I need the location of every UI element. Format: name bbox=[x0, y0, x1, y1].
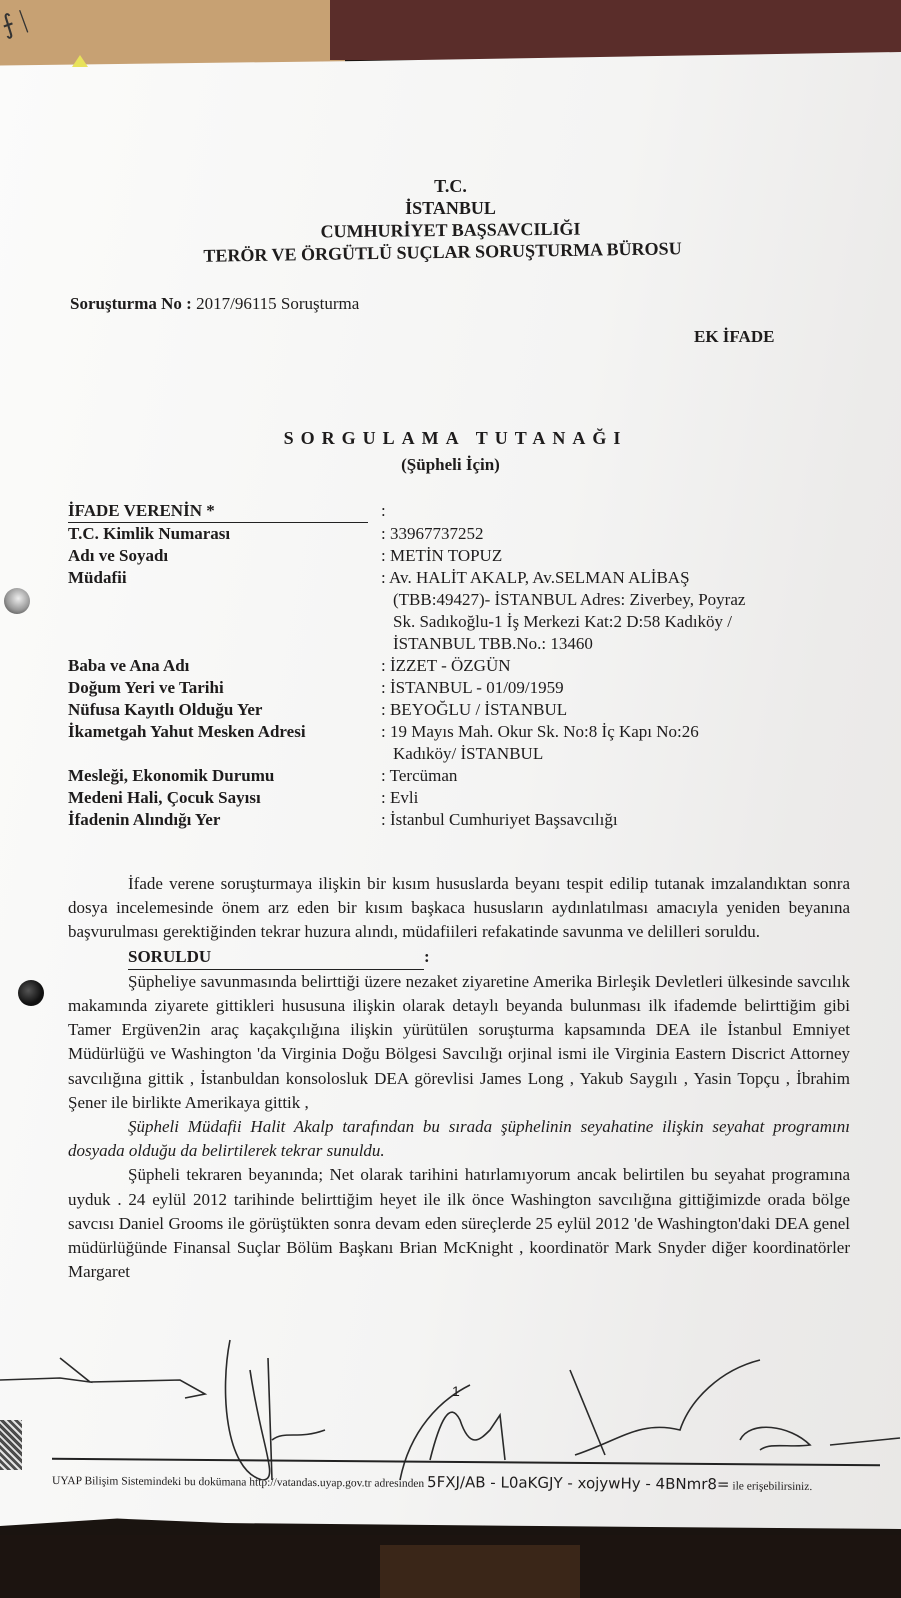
info-row: Mesleği, Ekonomik Durumu: Tercüman bbox=[68, 765, 858, 787]
signature-4 bbox=[570, 1360, 760, 1455]
info-row: Medeni Hali, Çocuk Sayısı: Evli bbox=[68, 787, 858, 809]
info-section-header: İFADE VERENİN * : bbox=[68, 500, 858, 523]
info-label: İFADE VERENİN * bbox=[68, 500, 368, 523]
info-label: İkametgah Yahut Mesken Adresi bbox=[68, 721, 381, 743]
info-row: Kadıköy/ İSTANBUL bbox=[68, 743, 858, 765]
info-label: Mesleği, Ekonomik Durumu bbox=[68, 765, 381, 787]
info-value: Kadıköy/ İSTANBUL bbox=[381, 743, 858, 765]
punch-hole bbox=[18, 980, 44, 1006]
yellow-tab bbox=[72, 55, 88, 67]
info-label: T.C. Kimlik Numarası bbox=[68, 523, 381, 545]
info-row: Doğum Yeri ve Tarihi: İSTANBUL - 01/09/1… bbox=[68, 677, 858, 699]
info-label: Baba ve Ana Adı bbox=[68, 655, 381, 677]
defense-note-paragraph: Şüpheli Müdafii Halit Akalp tarafından b… bbox=[68, 1115, 850, 1163]
signature-5 bbox=[740, 1427, 900, 1450]
info-label: Medeni Hali, Çocuk Sayısı bbox=[68, 787, 381, 809]
info-row: Nüfusa Kayıtlı Olduğu Yer: BEYOĞLU / İST… bbox=[68, 699, 858, 721]
maroon-surface bbox=[330, 0, 901, 60]
info-value: : Av. HALİT AKALP, Av.SELMAN ALİBAŞ bbox=[381, 567, 858, 589]
info-value: Sk. Sadıkoğlu-1 İş Merkezi Kat:2 D:58 Ka… bbox=[381, 611, 858, 633]
info-label: Müdafii bbox=[68, 567, 381, 589]
info-value: : 33967737252 bbox=[381, 523, 858, 545]
signature-1 bbox=[0, 1358, 205, 1398]
page-number: 1 bbox=[452, 1383, 460, 1399]
doc-type: EK İFADE bbox=[694, 327, 774, 347]
info-row: İkametgah Yahut Mesken Adresi: 19 Mayıs … bbox=[68, 721, 858, 743]
info-label bbox=[68, 589, 381, 611]
info-row: Müdafii: Av. HALİT AKALP, Av.SELMAN ALİB… bbox=[68, 567, 858, 589]
investigation-label: Soruşturma No : bbox=[70, 294, 192, 313]
info-row: Baba ve Ana Adı: İZZET - ÖZGÜN bbox=[68, 655, 858, 677]
verification-code: 5FXJ/AB - L0aKGJY - xojywHy - 4BNmr8= bbox=[427, 1473, 730, 1493]
info-row: İSTANBUL TBB.No.: 13460 bbox=[68, 633, 858, 655]
footer-suffix: ile erişebilirsiniz. bbox=[732, 1480, 812, 1493]
info-label bbox=[68, 611, 381, 633]
punch-hole bbox=[4, 588, 30, 614]
qr-code bbox=[0, 1420, 22, 1470]
soruldu-heading: SORULDU : bbox=[128, 945, 850, 970]
info-label: Nüfusa Kayıtlı Olduğu Yer bbox=[68, 699, 381, 721]
info-value: : bbox=[381, 500, 858, 523]
document-title: SORGULAMA TUTANAĞI bbox=[0, 428, 901, 449]
info-value: : İZZET - ÖZGÜN bbox=[381, 655, 858, 677]
header-tc: T.C. bbox=[0, 175, 901, 197]
info-value: : METİN TOPUZ bbox=[381, 545, 858, 567]
info-label bbox=[68, 633, 381, 655]
info-label: İfadenin Alındığı Yer bbox=[68, 809, 381, 831]
background-bottom-object bbox=[380, 1545, 580, 1598]
info-row: (TBB:49427)- İSTANBUL Adres: Ziverbey, P… bbox=[68, 589, 858, 611]
info-value: : BEYOĞLU / İSTANBUL bbox=[381, 699, 858, 721]
statement-paragraph: Şüpheli tekraren beyanında; Net olarak t… bbox=[68, 1163, 850, 1284]
info-row: Adı ve Soyadı: METİN TOPUZ bbox=[68, 545, 858, 567]
signature-3 bbox=[400, 1385, 505, 1480]
investigation-value: 2017/96115 Soruşturma bbox=[196, 294, 359, 313]
info-row: Sk. Sadıkoğlu-1 İş Merkezi Kat:2 D:58 Ka… bbox=[68, 611, 858, 633]
info-row: İfadenin Alındığı Yer: İstanbul Cumhuriy… bbox=[68, 809, 858, 831]
info-row: T.C. Kimlik Numarası: 33967737252 bbox=[68, 523, 858, 545]
personal-info: İFADE VERENİN * : T.C. Kimlik Numarası: … bbox=[68, 500, 858, 831]
info-value: (TBB:49427)- İSTANBUL Adres: Ziverbey, P… bbox=[381, 589, 858, 611]
question-paragraph: Şüpheliye savunmasında belirttiği üzere … bbox=[68, 970, 850, 1115]
info-label: Doğum Yeri ve Tarihi bbox=[68, 677, 381, 699]
intro-paragraph: İfade verene soruşturmaya ilişkin bir kı… bbox=[68, 872, 850, 945]
soruldu-colon: : bbox=[424, 945, 430, 970]
info-value: : Evli bbox=[381, 787, 858, 809]
investigation-number: Soruşturma No : 2017/96115 Soruşturma bbox=[70, 294, 359, 314]
info-value: : 19 Mayıs Mah. Okur Sk. No:8 İç Kapı No… bbox=[381, 721, 858, 743]
info-value: : İstanbul Cumhuriyet Başsavcılığı bbox=[381, 809, 858, 831]
info-label: Adı ve Soyadı bbox=[68, 545, 381, 567]
info-value: : İSTANBUL - 01/09/1959 bbox=[381, 677, 858, 699]
document-body: İfade verene soruşturmaya ilişkin bir kı… bbox=[68, 872, 850, 1284]
info-value: : Tercüman bbox=[381, 765, 858, 787]
info-value: İSTANBUL TBB.No.: 13460 bbox=[381, 633, 858, 655]
info-label bbox=[68, 743, 381, 765]
footer-prefix: UYAP Bilişim Sistemindeki bu dokümana ht… bbox=[52, 1475, 424, 1490]
soruldu-label: SORULDU bbox=[128, 945, 424, 970]
document-subtitle: (Şüpheli İçin) bbox=[0, 455, 901, 475]
